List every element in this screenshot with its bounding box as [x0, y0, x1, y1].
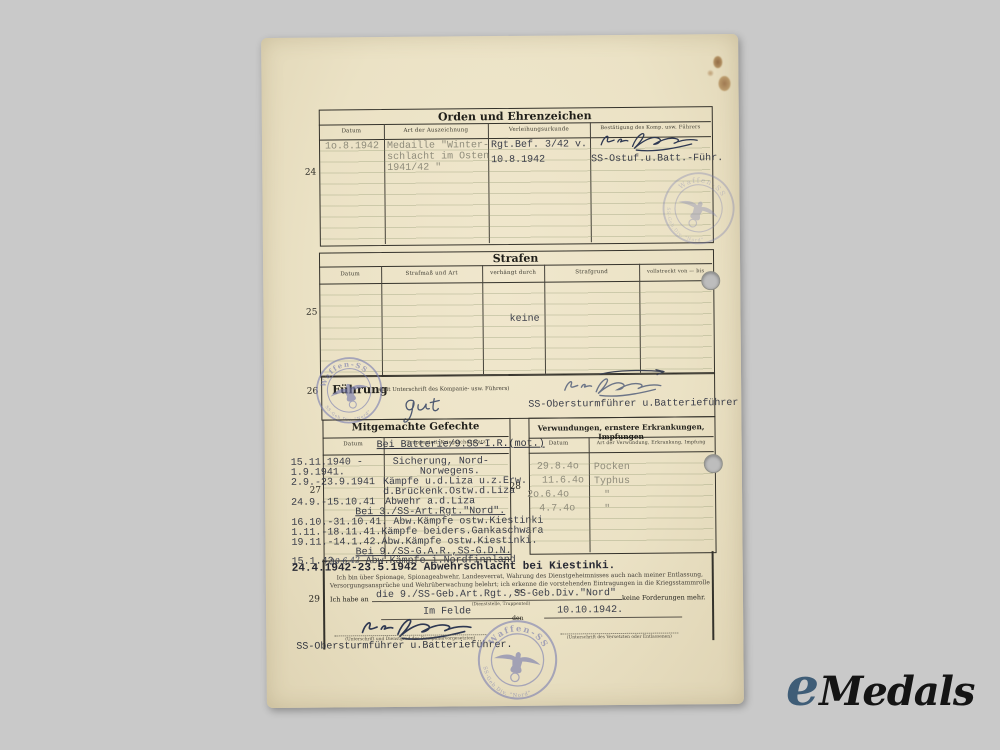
foxing-spot — [707, 70, 713, 76]
punishments-ruling — [320, 281, 712, 374]
conduct-sublabel: (mit Unterschrift des Kompanie- usw. Füh… — [379, 386, 509, 393]
medical-row-date: 29.8.4o — [537, 462, 579, 472]
unit-stamp-declaration: Waffen-SS SS-Geb.Div. "Nord" — [470, 612, 565, 707]
claim-suffix: keine Forderungen mehr. — [622, 593, 706, 602]
handwritten-dash-stroke — [598, 368, 668, 378]
foxing-spot — [713, 56, 722, 68]
battle-row-date: 2.9.-23.9.1941 — [291, 478, 375, 489]
medical-row-date: 11.6.4o — [542, 476, 584, 486]
photo-background: Orden und Ehrenzeichen Datum Art der Aus… — [0, 0, 1000, 750]
signature-caption-right: (Unterschrift des Versetzten oder Entlas… — [560, 634, 678, 640]
battles-col-datum: Datum — [323, 441, 384, 448]
medical-row-text: Typhus — [594, 477, 630, 487]
medical-row-date: 4.7.4o — [539, 504, 575, 514]
orders-confirm-rank: SS-Ostuf.u.Batt.-Führ. — [591, 154, 723, 165]
foxing-spot — [718, 76, 730, 91]
medical-row-text: Pocken — [594, 463, 630, 473]
punishments-col-datum: Datum — [319, 271, 381, 278]
emedals-watermark: e Medals — [786, 662, 974, 715]
signature-officer-conduct — [557, 374, 672, 399]
row-number-28: 28 — [505, 482, 521, 492]
emedals-logo-e: e — [786, 662, 819, 714]
medical-title: Verwundungen, ernstere Erkrankungen, Imp… — [528, 422, 713, 442]
award-name-line2: schlacht im Osten — [387, 152, 489, 163]
row-number-24: 24 — [300, 168, 316, 178]
orders-cert-line1: Rgt.Bef. 3/42 v. — [491, 140, 587, 151]
hole-punch-bottom — [704, 454, 723, 473]
punishments-col-vollstreckt: vollstreckt von — bis — [639, 268, 712, 275]
medical-row-ditto: " — [604, 491, 610, 501]
punishments-col-strafgrund: Strafgrund — [544, 269, 639, 276]
orders-col-urkunde: Verleihungsurkunde — [488, 126, 590, 133]
svg-text:Waffen-SS: Waffen-SS — [485, 618, 554, 655]
award-name-line3: 1941/42 " — [387, 164, 441, 174]
document-page: Orden und Ehrenzeichen Datum Art der Aus… — [261, 34, 744, 708]
emedals-logo-text: Medals — [819, 668, 974, 715]
battles-unit-heading: Bei Batterie/9.SS-I.R.(mot.) — [377, 440, 545, 451]
signature-officer-orders — [587, 128, 715, 153]
date-line — [544, 616, 682, 618]
medical-col-datum: Datum — [529, 440, 589, 447]
hole-punch-top — [701, 271, 720, 290]
punishments-entry-keine: keine — [510, 315, 540, 325]
row-number-29: 29 — [304, 595, 320, 605]
row-number-25: 25 — [301, 308, 317, 318]
medical-row-ditto: " — [604, 505, 610, 515]
section-right-border — [712, 551, 715, 640]
orders-col-datum: Datum — [319, 128, 384, 135]
orders-entry-date: 1o.8.1942 — [325, 142, 379, 152]
medical-row-date: 2o.6.4o — [527, 490, 569, 500]
orders-col-art: Art der Auszeichnung — [384, 127, 488, 134]
punishments-col-verhaengt: verhängt durch — [482, 270, 544, 277]
orders-cert-line2: 10.8.1942 — [491, 156, 545, 166]
battles-title: Mitgemachte Gefechte — [322, 421, 508, 434]
claim-prefix: Ich habe an — [330, 595, 369, 603]
punishments-col-strafmass: Strafmaß und Art — [381, 270, 482, 277]
conduct-signer-rank: SS-Obersturmführer u.Batterieführer — [528, 399, 738, 411]
date-value: 10.10.1942. — [557, 606, 623, 617]
